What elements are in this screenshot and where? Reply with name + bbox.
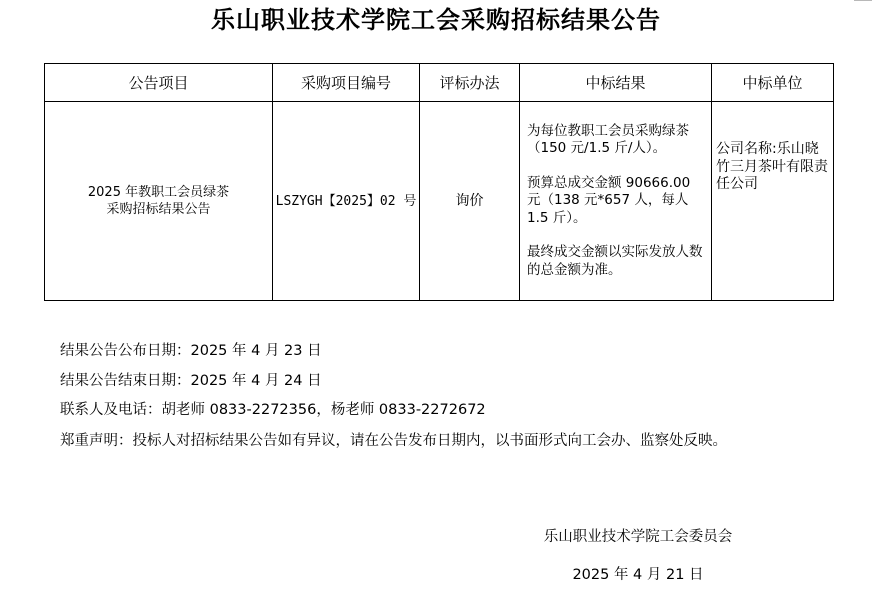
cell-winning-unit: 公司名称:乐山晓竹三月茶叶有限责任公司 <box>712 102 834 301</box>
header-evaluation-method: 评标办法 <box>420 64 520 102</box>
signature-date: 2025 年 4 月 21 日 <box>530 565 746 585</box>
header-announcement-item: 公告项目 <box>45 64 273 102</box>
announcement-item-line1: 2025 年教职工会员绿茶 <box>45 184 272 201</box>
solemn-statement: 郑重声明：投标人对招标结果公告如有异议，请在公告发布日期内，以书面形式向工会办、… <box>60 431 727 451</box>
winning-unit-name: 公司名称:乐山晓竹三月茶叶有限责任公司 <box>716 141 829 194</box>
cell-project-number: LSZYGH【2025】02 号 <box>273 102 420 301</box>
result-paragraph-budget: 预算总成交金额 90666.00 元（138 元*657 人，每人 1.5 斤）… <box>527 175 705 228</box>
cell-evaluation-method: 询价 <box>420 102 520 301</box>
signature-organization: 乐山职业技术学院工会委员会 <box>530 527 746 547</box>
cell-bid-result: 为每位教职工会员采购绿茶（150 元/1.5 斤/人）。 预算总成交金额 906… <box>520 102 712 301</box>
header-project-number: 采购项目编号 <box>273 64 420 102</box>
end-date: 结果公告结束日期：2025 年 4 月 24 日 <box>60 371 322 391</box>
publish-date: 结果公告公布日期：2025 年 4 月 23 日 <box>60 341 322 361</box>
header-bid-result: 中标结果 <box>520 64 712 102</box>
header-winning-unit: 中标单位 <box>712 64 834 102</box>
top-edge-mark <box>854 0 872 1</box>
announcement-item-line2: 采购招标结果公告 <box>45 201 272 218</box>
result-paragraph-final-amount: 最终成交金额以实际发放人数的总金额为准。 <box>527 244 705 279</box>
result-paragraph-unit-price: 为每位教职工会员采购绿茶（150 元/1.5 斤/人）。 <box>527 123 705 158</box>
procurement-result-table: 公告项目 采购项目编号 评标办法 中标结果 中标单位 2025 年教职工会员绿茶… <box>44 63 834 301</box>
page-title: 乐山职业技术学院工会采购招标结果公告 <box>0 4 872 36</box>
table-row: 2025 年教职工会员绿茶 采购招标结果公告 LSZYGH【2025】02 号 … <box>45 102 834 301</box>
contact-info: 联系人及电话：胡老师 0833-2272356，杨老师 0833-2272672 <box>60 400 486 420</box>
cell-announcement-item: 2025 年教职工会员绿茶 采购招标结果公告 <box>45 102 273 301</box>
table-header-row: 公告项目 采购项目编号 评标办法 中标结果 中标单位 <box>45 64 834 102</box>
